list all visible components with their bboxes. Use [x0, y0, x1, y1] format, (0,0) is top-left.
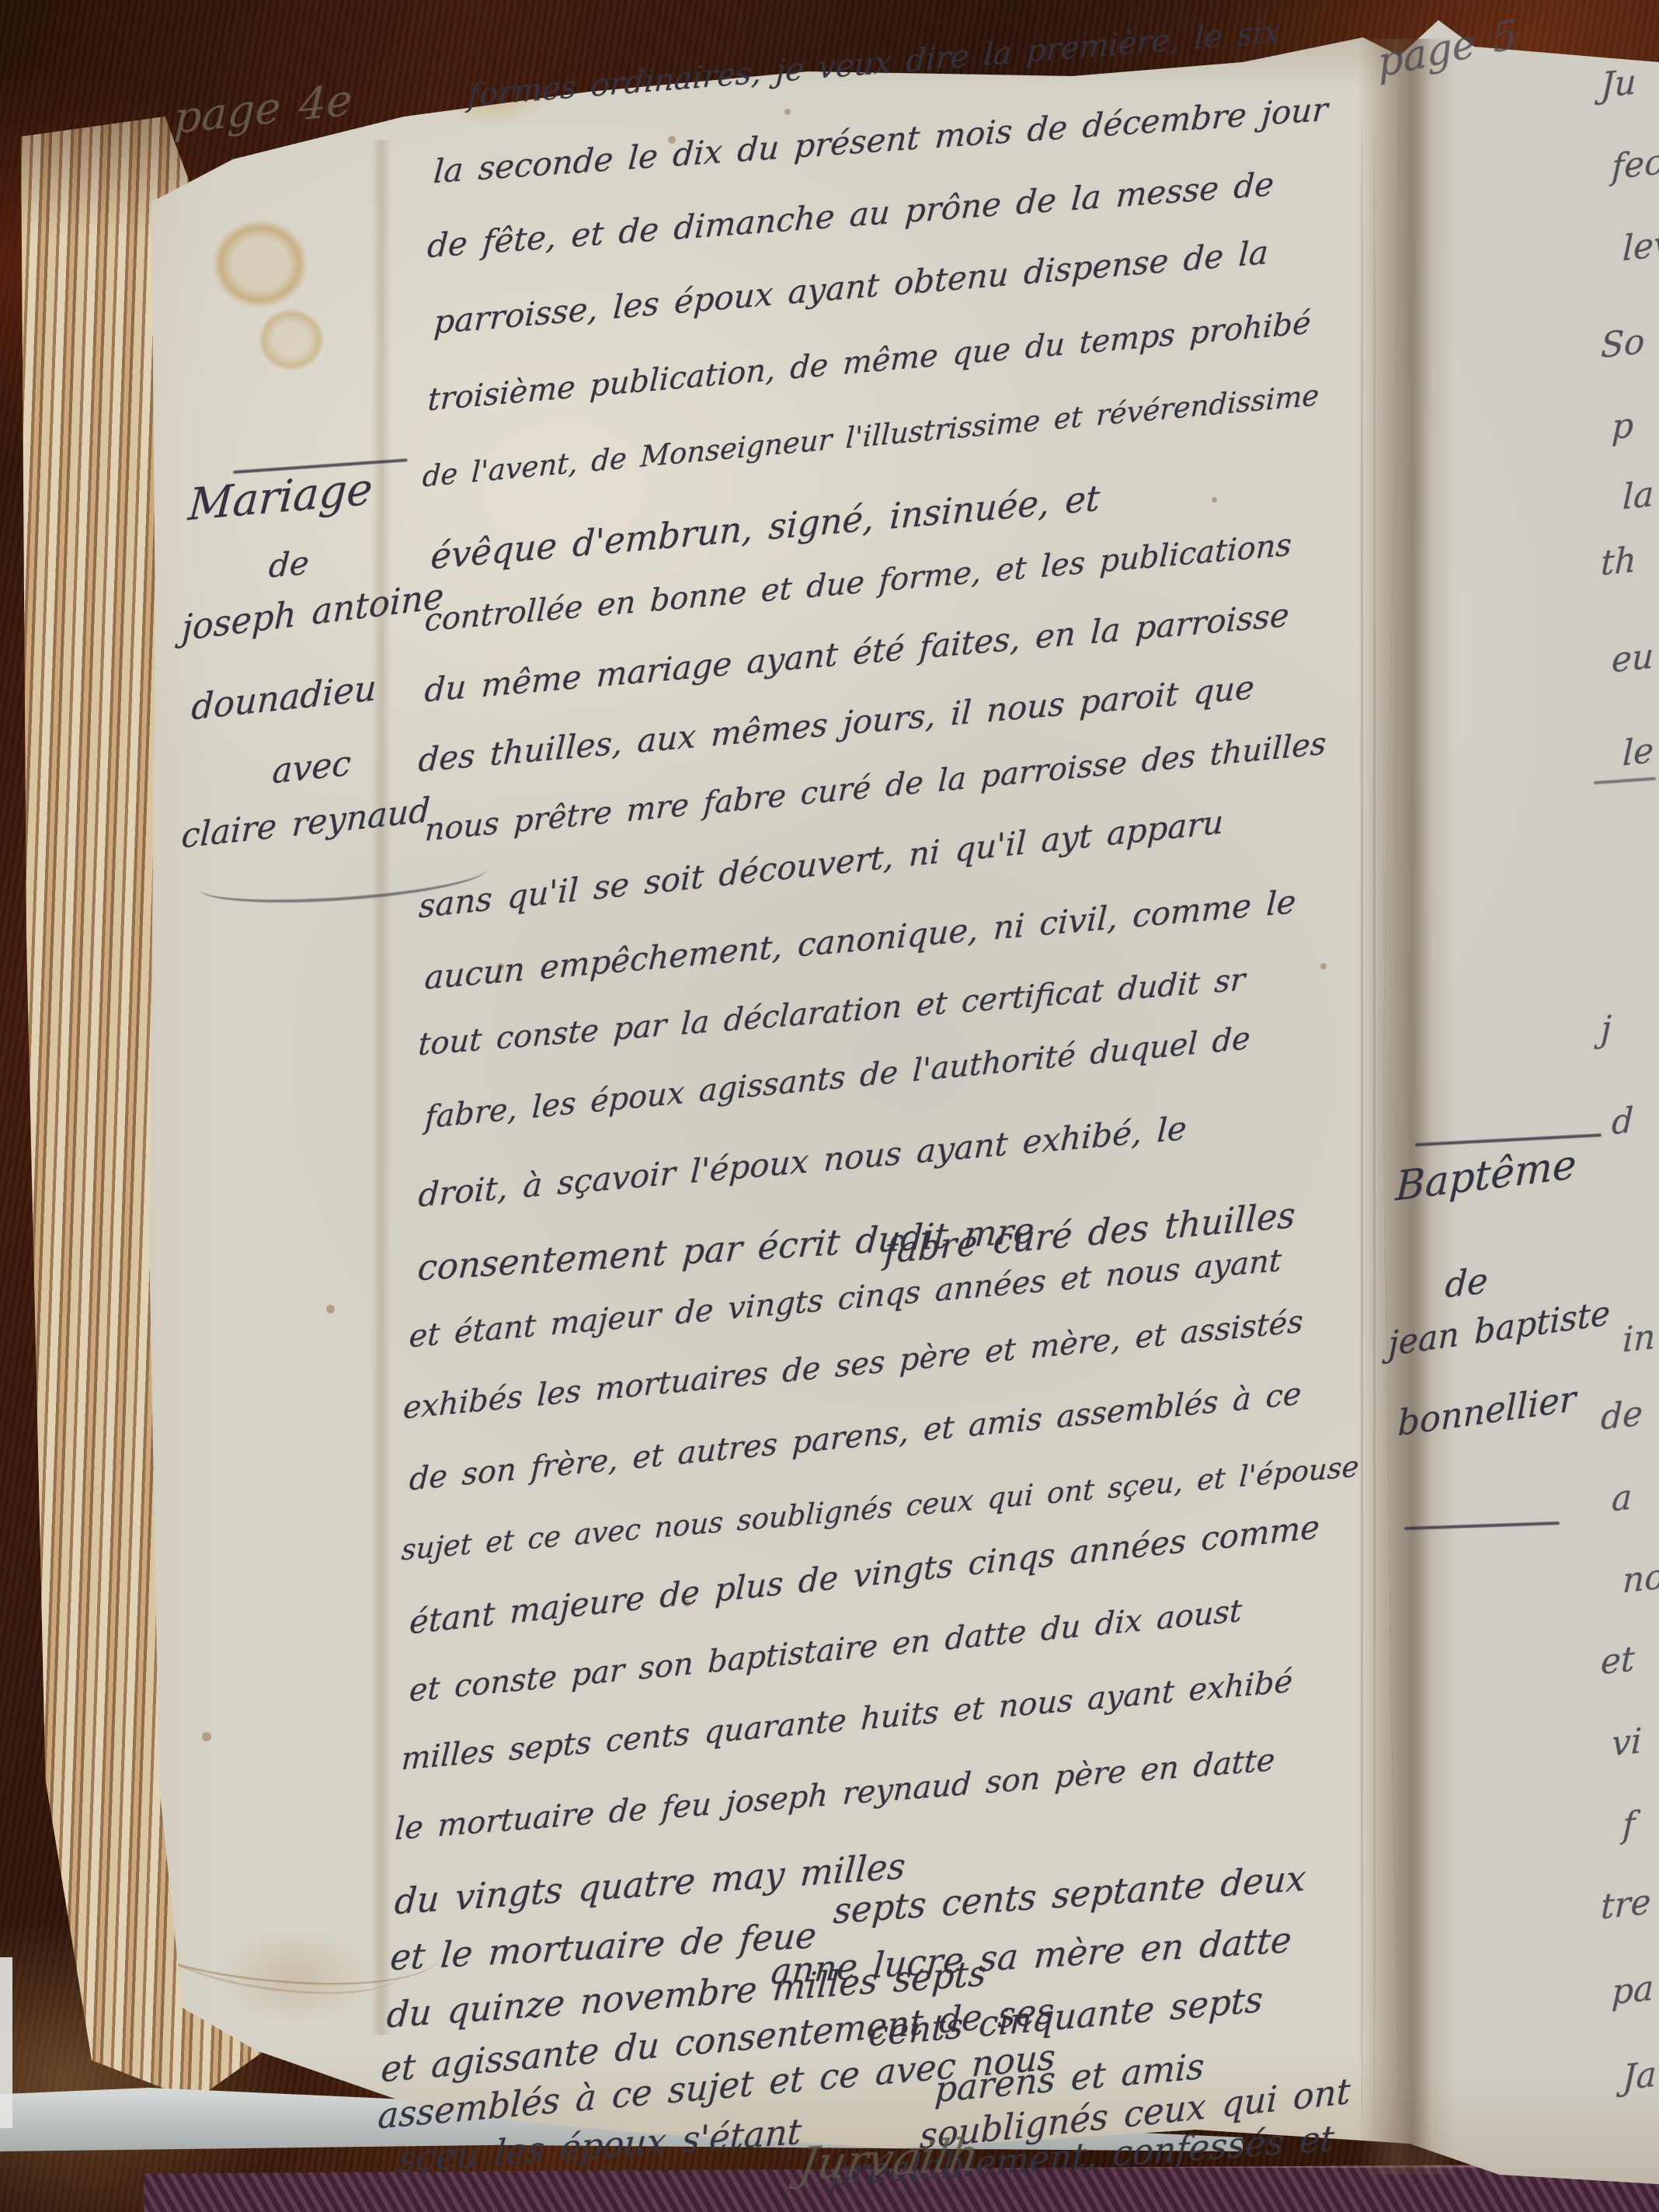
edge-fragment: d: [1611, 1101, 1634, 1143]
edge-fragment: p: [1611, 405, 1634, 447]
edge-fragment: de: [1600, 1393, 1643, 1438]
ring-stain: [210, 217, 311, 311]
edge-fragment: eu: [1611, 636, 1654, 680]
tan-smudge: [210, 1926, 381, 2027]
edge-fragment: f: [1622, 1804, 1636, 1845]
edge-fragment: tre: [1600, 1882, 1651, 1927]
edge-fragment: in: [1622, 1317, 1656, 1361]
edge-fragment: th: [1600, 540, 1637, 583]
baptism-note-line: de: [1444, 1260, 1489, 1306]
gutter-shadow: [1348, 39, 1456, 2175]
foxing-dot: [326, 1305, 335, 1313]
foxing-dot: [1212, 497, 1217, 503]
edge-fragment: Ja: [1622, 2054, 1657, 2098]
edge-fragment: et: [1600, 1639, 1635, 1682]
edge-fragment: fec: [1611, 142, 1659, 187]
edge-fragment: no: [1622, 1556, 1659, 1601]
ring-stain: [256, 307, 326, 373]
edge-fragment: pa: [1611, 1968, 1654, 2012]
edge-fragment: Ju: [1600, 62, 1637, 106]
margin-crease: [371, 140, 391, 2035]
edge-fragment: a: [1611, 1477, 1633, 1519]
foxing-dot: [784, 109, 791, 115]
margin-note-line: de: [268, 543, 311, 585]
edge-fragment: j: [1600, 1009, 1612, 1050]
foxing-dot: [202, 1732, 211, 1741]
edge-fragment: le: [1622, 731, 1654, 774]
margin-note-line: avec: [271, 743, 352, 791]
edge-fragment: lev: [1622, 224, 1659, 269]
edge-fragment: So: [1600, 322, 1645, 366]
edge-fragment: la: [1622, 475, 1654, 518]
edge-fragment: vi: [1611, 1721, 1643, 1765]
photo-of-open-register: page 4e Mariage de joseph antoine dounad…: [0, 0, 1659, 2212]
foxing-dot: [1320, 963, 1327, 969]
left-page-number: page 4e: [173, 75, 353, 144]
table-edge-sliver: [0, 1957, 12, 2128]
